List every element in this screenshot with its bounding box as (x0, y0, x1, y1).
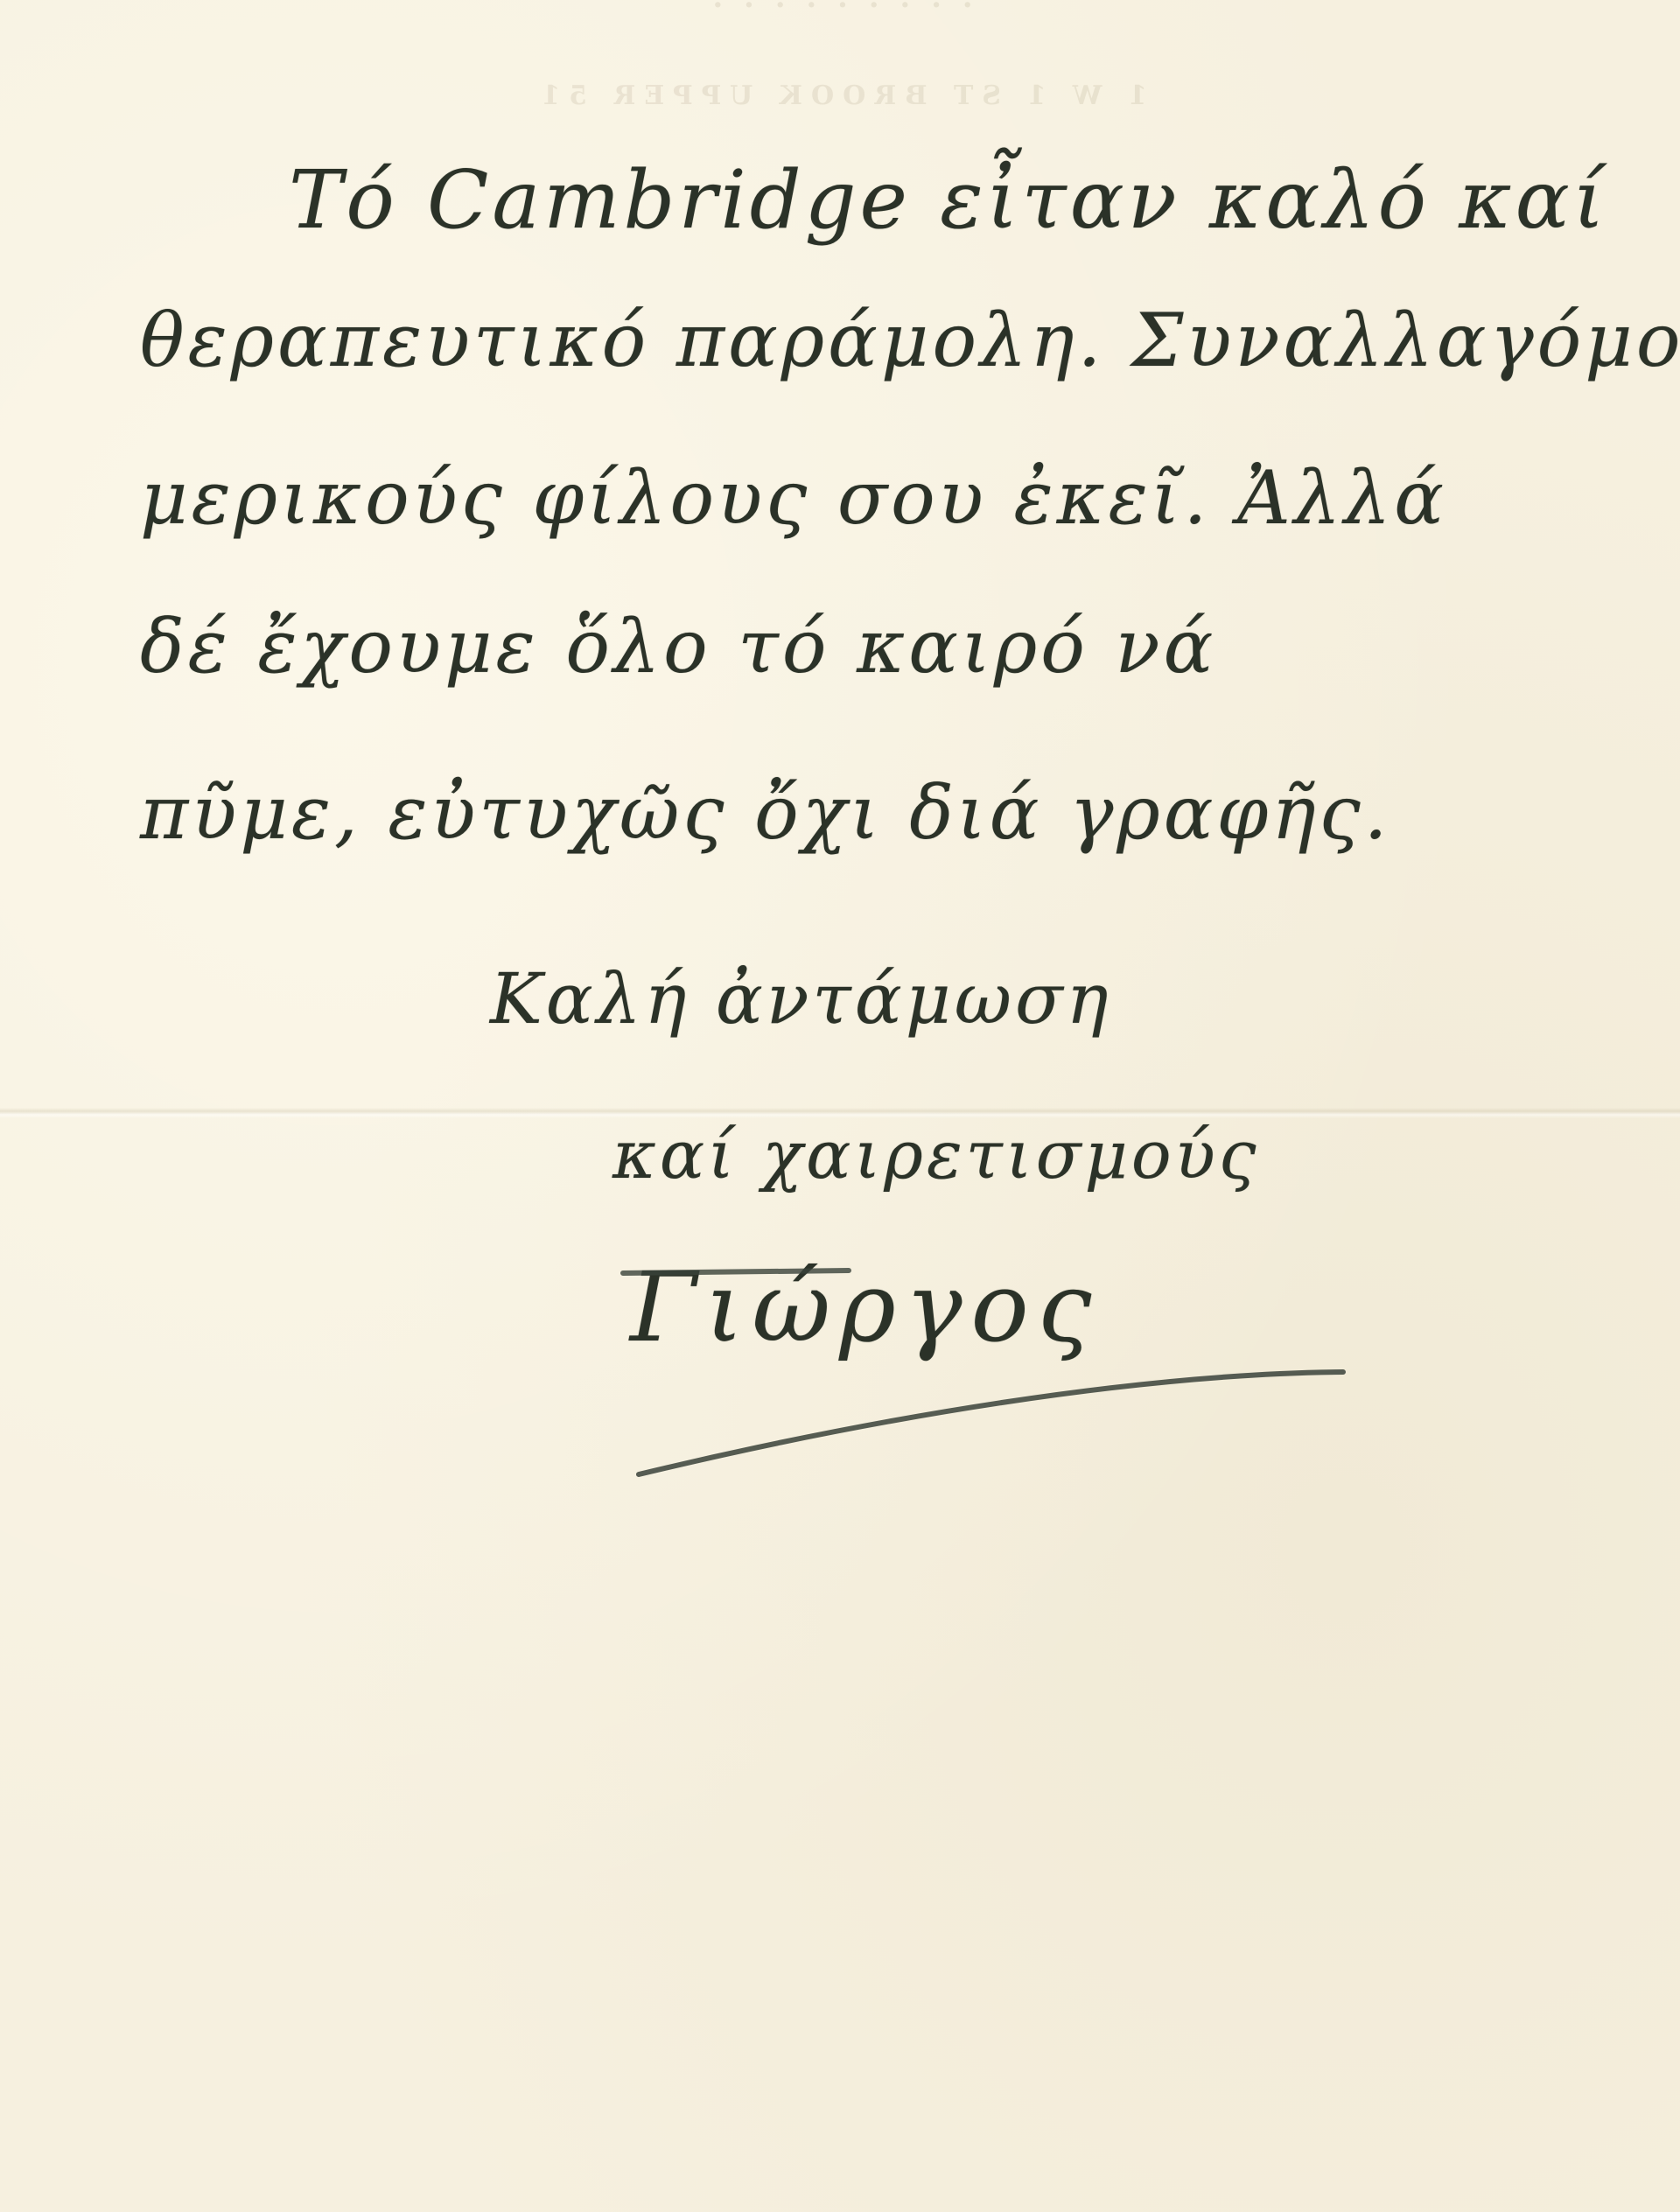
letter-page: · · · · · · · · · 1 W 1 ST BROOK UPPER 5… (0, 0, 1680, 2212)
letter-line-5: πῦμε, εὐτυχῶς ὄχι διά γραφῆς. (140, 770, 1390, 856)
closing-greetings: καί χαιρετισμούς (612, 1116, 1259, 1193)
letter-line-4: δέ ἔχουμε ὅλο τό καιρό νά (140, 604, 1216, 689)
letterhead-show-through-top: · · · · · · · · · (0, 0, 1680, 23)
signature: Γιώργος (630, 1251, 1100, 1363)
letterhead-show-through-address: 1 W 1 ST BROOK UPPER 51 (0, 80, 1680, 111)
closing-farewell: Καλή ἀντάμωση (490, 958, 1112, 1039)
letter-line-1: Τό Cambridge εἶταν καλό καί (289, 153, 1608, 247)
letter-line-3: μερικούς φίλους σου ἐκεῖ. Ἀλλά (140, 455, 1447, 541)
letter-line-2: θεραπευτικό παράμολη. Συναλλαγόμουν (140, 297, 1680, 383)
